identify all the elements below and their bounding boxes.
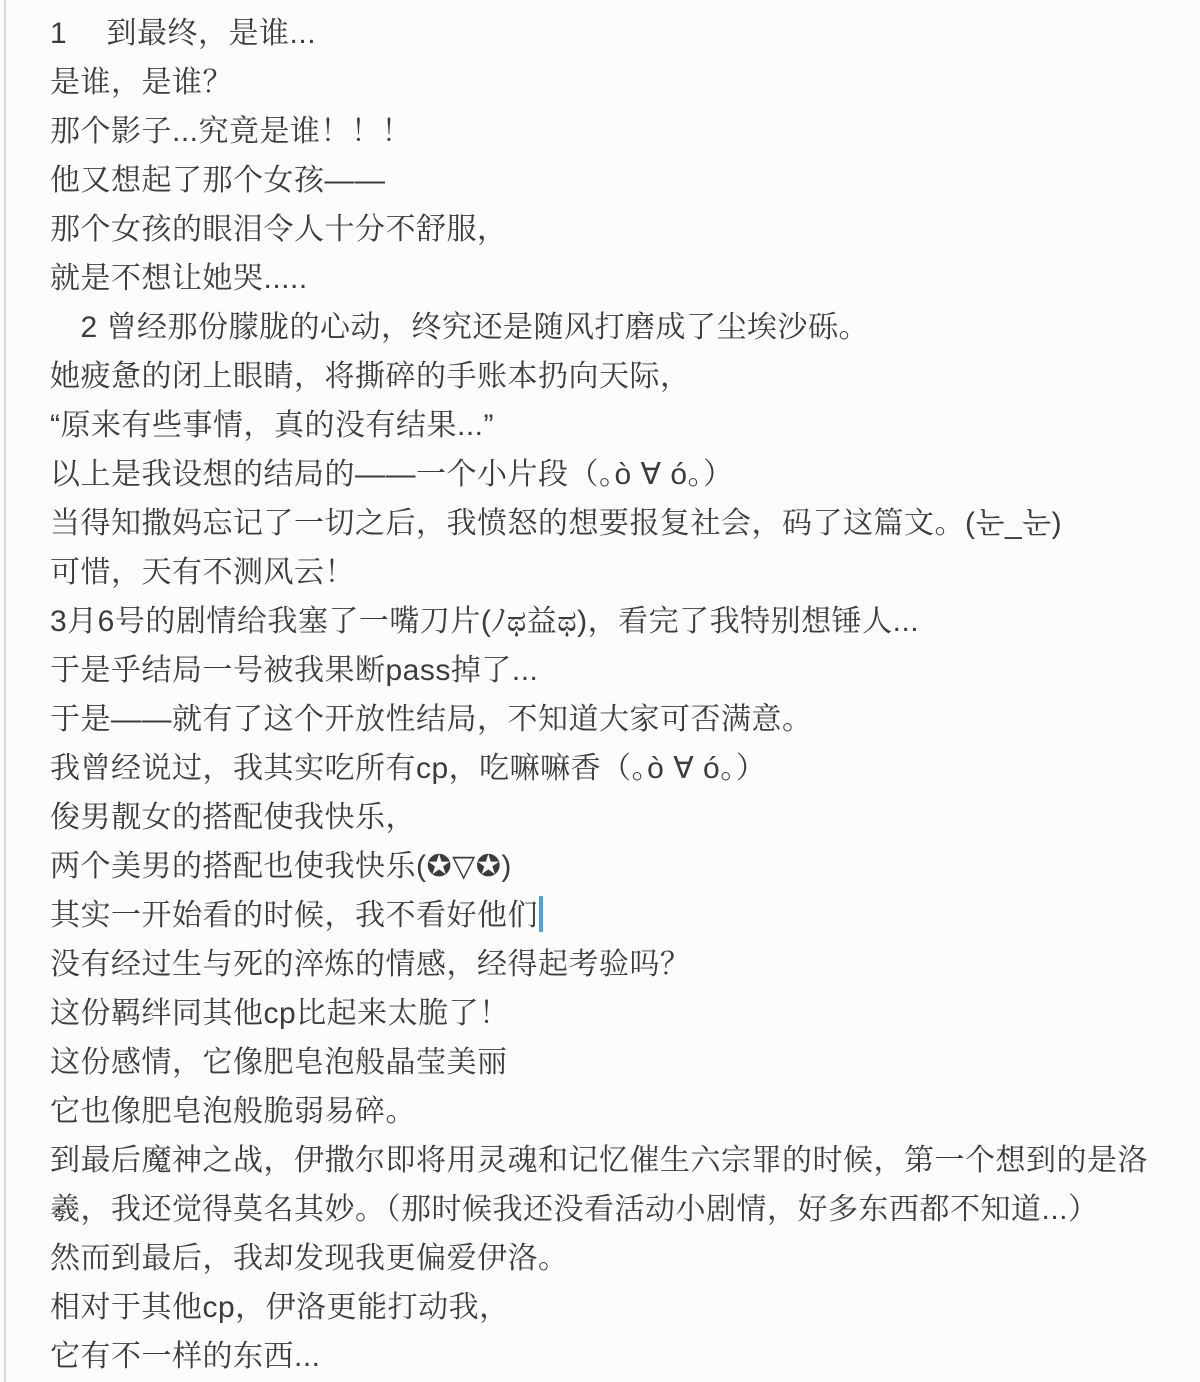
- text-line[interactable]: 我曾经说过，我其实吃所有cp，吃嘛嘛香（｡ò ∀ ó｡）: [50, 744, 1190, 793]
- page: 1 到最终，是谁...是谁，是谁？那个影子...究竟是谁！！！他又想起了那个女孩…: [0, 0, 1200, 1382]
- text-line[interactable]: 然而到最后，我却发现我更偏爱伊洛。: [50, 1234, 1190, 1283]
- text-line[interactable]: 她疲惫的闭上眼睛，将撕碎的手账本扔向天际，: [50, 352, 1190, 401]
- text-line[interactable]: 它有不一样的东西...: [50, 1332, 1190, 1381]
- text-line-content: 1 到最终，是谁...: [50, 17, 316, 50]
- text-line[interactable]: 其实一开始看的时候，我不看好他们: [50, 891, 1190, 940]
- text-line[interactable]: 它也像肥皂泡般脆弱易碎。: [50, 1087, 1190, 1136]
- text-line[interactable]: 就是不想让她哭.....: [50, 254, 1190, 303]
- text-line[interactable]: 是谁，是谁？: [50, 58, 1190, 107]
- text-line[interactable]: 两个美男的搭配也使我快乐(✪▽✪): [50, 842, 1190, 891]
- text-line-content: 是谁，是谁？: [50, 66, 233, 99]
- text-cursor: [539, 896, 543, 932]
- text-line[interactable]: 那个影子...究竟是谁！！！: [50, 107, 1190, 156]
- text-line-content: 俊男靓女的搭配使我快乐，: [50, 801, 416, 834]
- text-line-content: 我曾经说过，我其实吃所有cp，吃嘛嘛香（｡ò ∀ ó｡）: [50, 752, 766, 785]
- text-line-content: 那个女孩的眼泪令人十分不舒服，: [50, 213, 508, 246]
- text-line-content: 那个影子...究竟是谁！！！: [50, 115, 412, 148]
- text-line-content: 它也像肥皂泡般脆弱易碎。: [50, 1095, 416, 1128]
- text-line[interactable]: 这份羁绊同其他cp比起来太脆了！: [50, 989, 1190, 1038]
- text-line[interactable]: 他又想起了那个女孩——: [50, 156, 1190, 205]
- text-line[interactable]: 当得知撒妈忘记了一切之后，我愤怒的想要报复社会，码了这篇文。(눈_눈): [50, 499, 1190, 548]
- page-left-border: [4, 0, 6, 1382]
- text-line-content: 没有经过生与死的淬炼的情感，经得起考验吗？: [50, 948, 691, 981]
- text-line-content: 到最后魔神之战，伊撒尔即将用灵魂和记忆催生六宗罪的时候，第一个想到的是洛: [50, 1144, 1148, 1177]
- text-line-content: 然而到最后，我却发现我更偏爱伊洛。: [50, 1242, 569, 1275]
- text-document: 1 到最终，是谁...是谁，是谁？那个影子...究竟是谁！！！他又想起了那个女孩…: [50, 9, 1190, 1381]
- text-line[interactable]: 2 曾经那份朦胧的心动，终究还是随风打磨成了尘埃沙砾。: [50, 303, 1190, 352]
- text-line-content: 可惜，天有不测风云！: [50, 556, 355, 589]
- text-line[interactable]: 这份感情，它像肥皂泡般晶莹美丽: [50, 1038, 1190, 1087]
- text-line[interactable]: 可惜，天有不测风云！: [50, 548, 1190, 597]
- text-line-content: 两个美男的搭配也使我快乐(✪▽✪): [50, 850, 512, 883]
- text-line-content: 这份感情，它像肥皂泡般晶莹美丽: [50, 1046, 508, 1079]
- text-line[interactable]: 那个女孩的眼泪令人十分不舒服，: [50, 205, 1190, 254]
- text-line-content: 它有不一样的东西...: [50, 1340, 321, 1373]
- text-line[interactable]: 羲，我还觉得莫名其妙。（那时候我还没看活动小剧情，好多东西都不知道...）: [50, 1185, 1190, 1234]
- text-line-content: 就是不想让她哭.....: [50, 262, 308, 295]
- text-line[interactable]: 相对于其他cp，伊洛更能打动我，: [50, 1283, 1190, 1332]
- text-line[interactable]: 以上是我设想的结局的——一个小片段（｡ò ∀ ó｡）: [50, 450, 1190, 499]
- text-line-content: 其实一开始看的时候，我不看好他们: [50, 899, 538, 932]
- text-line-content: 2 曾经那份朦胧的心动，终究还是随风打磨成了尘埃沙砾。: [50, 311, 869, 344]
- text-line[interactable]: 于是乎结局一号被我果断pass掉了...: [50, 646, 1190, 695]
- text-line[interactable]: 俊男靓女的搭配使我快乐，: [50, 793, 1190, 842]
- text-line-content: 相对于其他cp，伊洛更能打动我，: [50, 1291, 510, 1324]
- text-line[interactable]: 1 到最终，是谁...: [50, 9, 1190, 58]
- text-line-content: 她疲惫的闭上眼睛，将撕碎的手账本扔向天际，: [50, 360, 691, 393]
- text-line[interactable]: 到最后魔神之战，伊撒尔即将用灵魂和记忆催生六宗罪的时候，第一个想到的是洛: [50, 1136, 1190, 1185]
- text-line[interactable]: 于是——就有了这个开放性结局，不知道大家可否满意。: [50, 695, 1190, 744]
- text-line-content: 当得知撒妈忘记了一切之后，我愤怒的想要报复社会，码了这篇文。(눈_눈): [50, 507, 1062, 540]
- text-line[interactable]: “原来有些事情，真的没有结果...”: [50, 401, 1190, 450]
- text-line-content: 他又想起了那个女孩——: [50, 164, 386, 197]
- text-line-content: 于是——就有了这个开放性结局，不知道大家可否满意。: [50, 703, 813, 736]
- text-line-content: 以上是我设想的结局的——一个小片段（｡ò ∀ ó｡）: [50, 458, 734, 491]
- text-line-content: 于是乎结局一号被我果断pass掉了...: [50, 654, 538, 687]
- text-line-content: 这份羁绊同其他cp比起来太脆了！: [50, 997, 510, 1030]
- text-line[interactable]: 3月6号的剧情给我塞了一嘴刀片(ﾉಥ益ಥ)，看完了我特别想锤人...: [50, 597, 1190, 646]
- text-line-content: 羲，我还觉得莫名其妙。（那时候我还没看活动小剧情，好多东西都不知道...）: [50, 1193, 1099, 1226]
- text-line-content: 3月6号的剧情给我塞了一嘴刀片(ﾉಥ益ಥ)，看完了我特别想锤人...: [50, 605, 919, 638]
- text-line-content: “原来有些事情，真的没有结果...”: [50, 409, 494, 442]
- text-line[interactable]: 没有经过生与死的淬炼的情感，经得起考验吗？: [50, 940, 1190, 989]
